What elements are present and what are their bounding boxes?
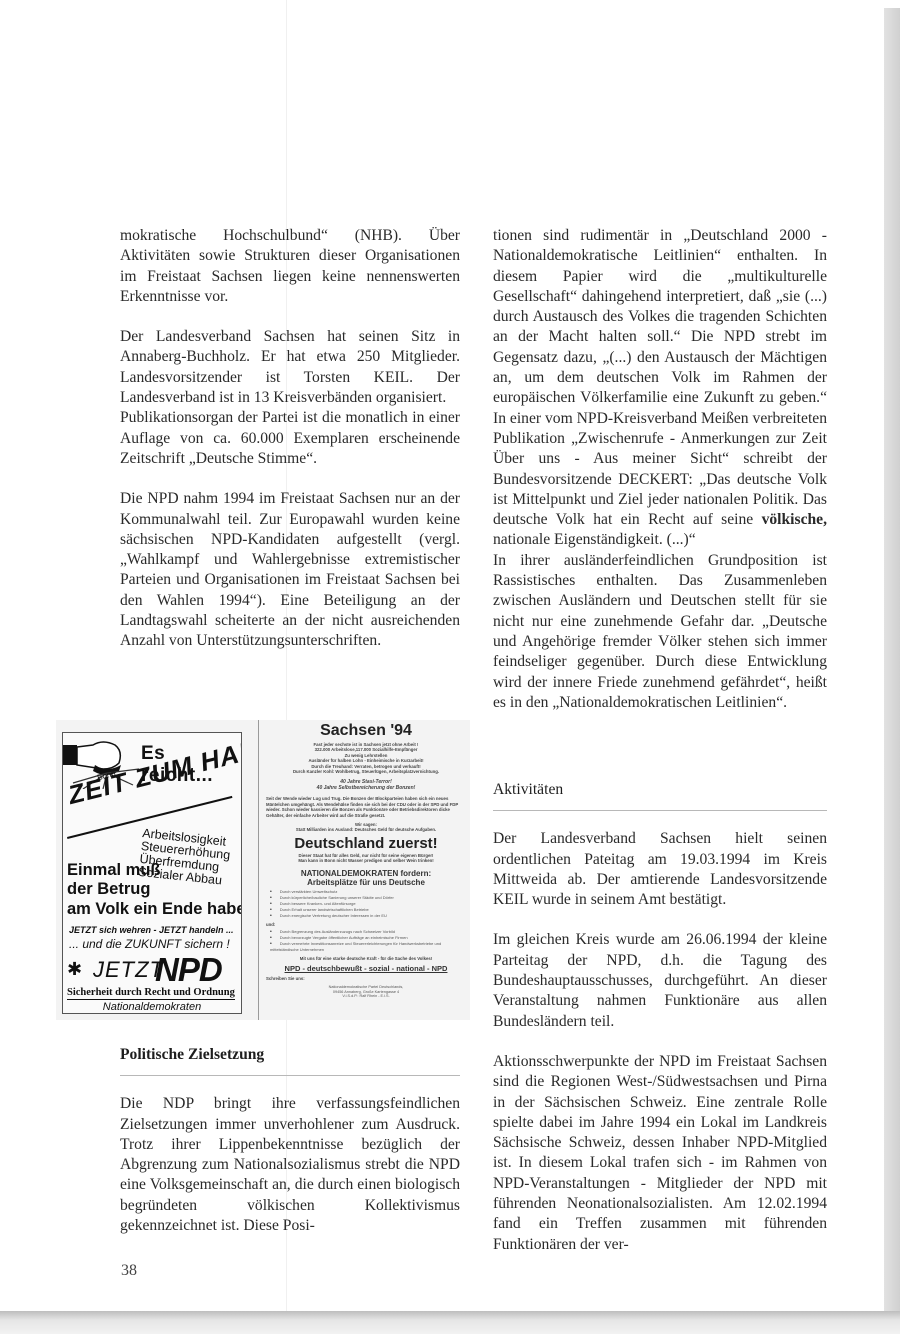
paragraph-wahlen: Die NPD nahm 1994 im Freistaat Sachsen n… bbox=[120, 489, 460, 651]
flyer-call-1: JETZT sich wehren - JETZT handeln ... bbox=[69, 925, 234, 935]
text-run: tionen sind rudimentär in „Deutschland 2… bbox=[493, 227, 827, 528]
und-label: und: bbox=[266, 922, 466, 927]
flyer-intro: Fast jeder sechste ist in Sachsen jetzt … bbox=[266, 742, 466, 774]
npd-flyer-es-reicht: Bonn Es reicht... ZEIT ZUM HANDELN! Arbe… bbox=[62, 732, 242, 1014]
flyer-tagline: Sicherheit durch Recht und Ordnung bbox=[67, 987, 235, 1000]
paragraph-publikationsorgan: Publikationsorgan der Partei ist die mon… bbox=[120, 408, 460, 469]
bold-text: völkische, bbox=[762, 511, 827, 528]
section-politische-zielsetzung: Politische Zielsetzung Die NDP bringt ih… bbox=[120, 1045, 460, 1236]
npd-logo-row: ✱ JETZT NPD bbox=[67, 955, 239, 985]
main-line-1: Einmal muß bbox=[67, 861, 161, 880]
paragraph-landesverband: Der Landesverband Sachsen hat seinen Sit… bbox=[120, 327, 460, 408]
flyer-divider bbox=[258, 720, 259, 1020]
demand-item: Durch energische Vertretung deutscher In… bbox=[270, 913, 466, 919]
flyer-address: Nationaldemokratische Partei Deutschland… bbox=[266, 985, 466, 999]
staat-lines: Dieser Staat hat für alles Geld, nur nic… bbox=[266, 853, 466, 864]
flyer-big-slogan: Deutschland zuerst! bbox=[266, 835, 466, 852]
address-line: V.i.S.d.P.: Ralf Rhein - E.i.S. bbox=[266, 994, 466, 999]
flyer-years: 40 Jahre Stasi-Terror! 40 Jahre Selbstbe… bbox=[266, 779, 466, 791]
section-heading: Aktivitäten bbox=[493, 780, 827, 800]
years-line: 40 Jahre Selbstbereicherung der Bonzen! bbox=[266, 785, 466, 791]
demand-item: Durch vermehrte Investitionsanreize und … bbox=[270, 941, 466, 952]
page-number: 38 bbox=[121, 1262, 137, 1280]
flyer-images: Bonn Es reicht... ZEIT ZUM HANDELN! Arbe… bbox=[56, 720, 470, 1020]
page-edge-shadow-right bbox=[884, 8, 900, 1318]
flyer-title: Sachsen '94 bbox=[266, 722, 466, 740]
intro-line: Durch Kanzler Kohl: Wohlbetrug, Steuerlü… bbox=[266, 769, 466, 774]
page-edge-shadow-bottom bbox=[0, 1311, 900, 1334]
demands-list-b: Durch Begrenzung des Ausländerzuzugs nac… bbox=[270, 929, 466, 952]
schreiben-label: Schreiben Sie uns: bbox=[266, 976, 466, 981]
paragraph-bundeshauptausschuss: Im gleichen Kreis wurde am 26.06.1994 de… bbox=[493, 930, 827, 1031]
fordern-heading: NATIONALDEMOKRATEN fordern: bbox=[266, 869, 466, 878]
main-line-3: am Volk ein Ende haben ! bbox=[67, 900, 242, 919]
fordern-subheading: Arbeitsplätze für uns Deutsche bbox=[266, 878, 466, 887]
closing-line: Mit uns für eine starke deutsche Kraft -… bbox=[266, 956, 466, 961]
right-text-column: tionen sind rudimentär in „Deutschland 2… bbox=[493, 226, 827, 713]
heading-rule bbox=[493, 810, 827, 811]
flyer-call-2: ... und die ZUKUNFT sichern ! bbox=[69, 937, 230, 951]
main-line-2: der Betrug bbox=[67, 880, 161, 899]
paragraph-leitlinien: tionen sind rudimentär in „Deutschland 2… bbox=[493, 226, 827, 551]
heading-rule bbox=[120, 1075, 460, 1076]
logo-npd: NPD bbox=[155, 951, 222, 989]
paragraph-zielsetzung: Die NDP bringt ihre verfassungsfeindlich… bbox=[120, 1094, 460, 1236]
demands-list-a: Durch verstärkten Umweltschutz Durch kür… bbox=[270, 889, 466, 919]
flyer-footer: Nationaldemokraten bbox=[63, 1001, 241, 1013]
section-aktivitaeten: Aktivitäten Der Landesverband Sachsen hi… bbox=[493, 780, 827, 1255]
npd-slogan: NPD - deutschbewußt - sozial - national … bbox=[266, 964, 466, 973]
staat-line: Man kann in Bonn nicht Wasser predigen u… bbox=[266, 858, 466, 863]
paragraph-auslaenderfeindlich: In ihrer ausländerfeindlichen Grundposit… bbox=[493, 551, 827, 713]
paragraph-parteitag: Der Landesverband Sachsen hielt seinen o… bbox=[493, 829, 827, 910]
party-emblem-icon: ✱ bbox=[67, 959, 82, 980]
paragraph-nhb: mokratische Hochschulbund“ (NHB). Über A… bbox=[120, 226, 460, 307]
flyer-main-message: Einmal muß der Betrug bbox=[67, 861, 161, 899]
flyer-body-text: Seit der Wende wieder Lug und Trug. Die … bbox=[266, 796, 466, 818]
section-heading: Politische Zielsetzung bbox=[120, 1045, 460, 1065]
text-run: nationale Eigenständigkeit. (...)“ bbox=[493, 531, 696, 548]
milliarden-line: Statt Milliarden ins Ausland: Deutsches … bbox=[266, 827, 466, 832]
left-text-column: mokratische Hochschulbund“ (NHB). Über A… bbox=[120, 226, 460, 652]
logo-jetzt: JETZT bbox=[93, 957, 164, 983]
paragraph-aktionsschwerpunkte: Aktionsschwerpunkte der NPD im Freistaat… bbox=[493, 1052, 827, 1255]
npd-flyer-sachsen-94: Sachsen '94 Fast jeder sechste ist in Sa… bbox=[266, 722, 466, 1018]
